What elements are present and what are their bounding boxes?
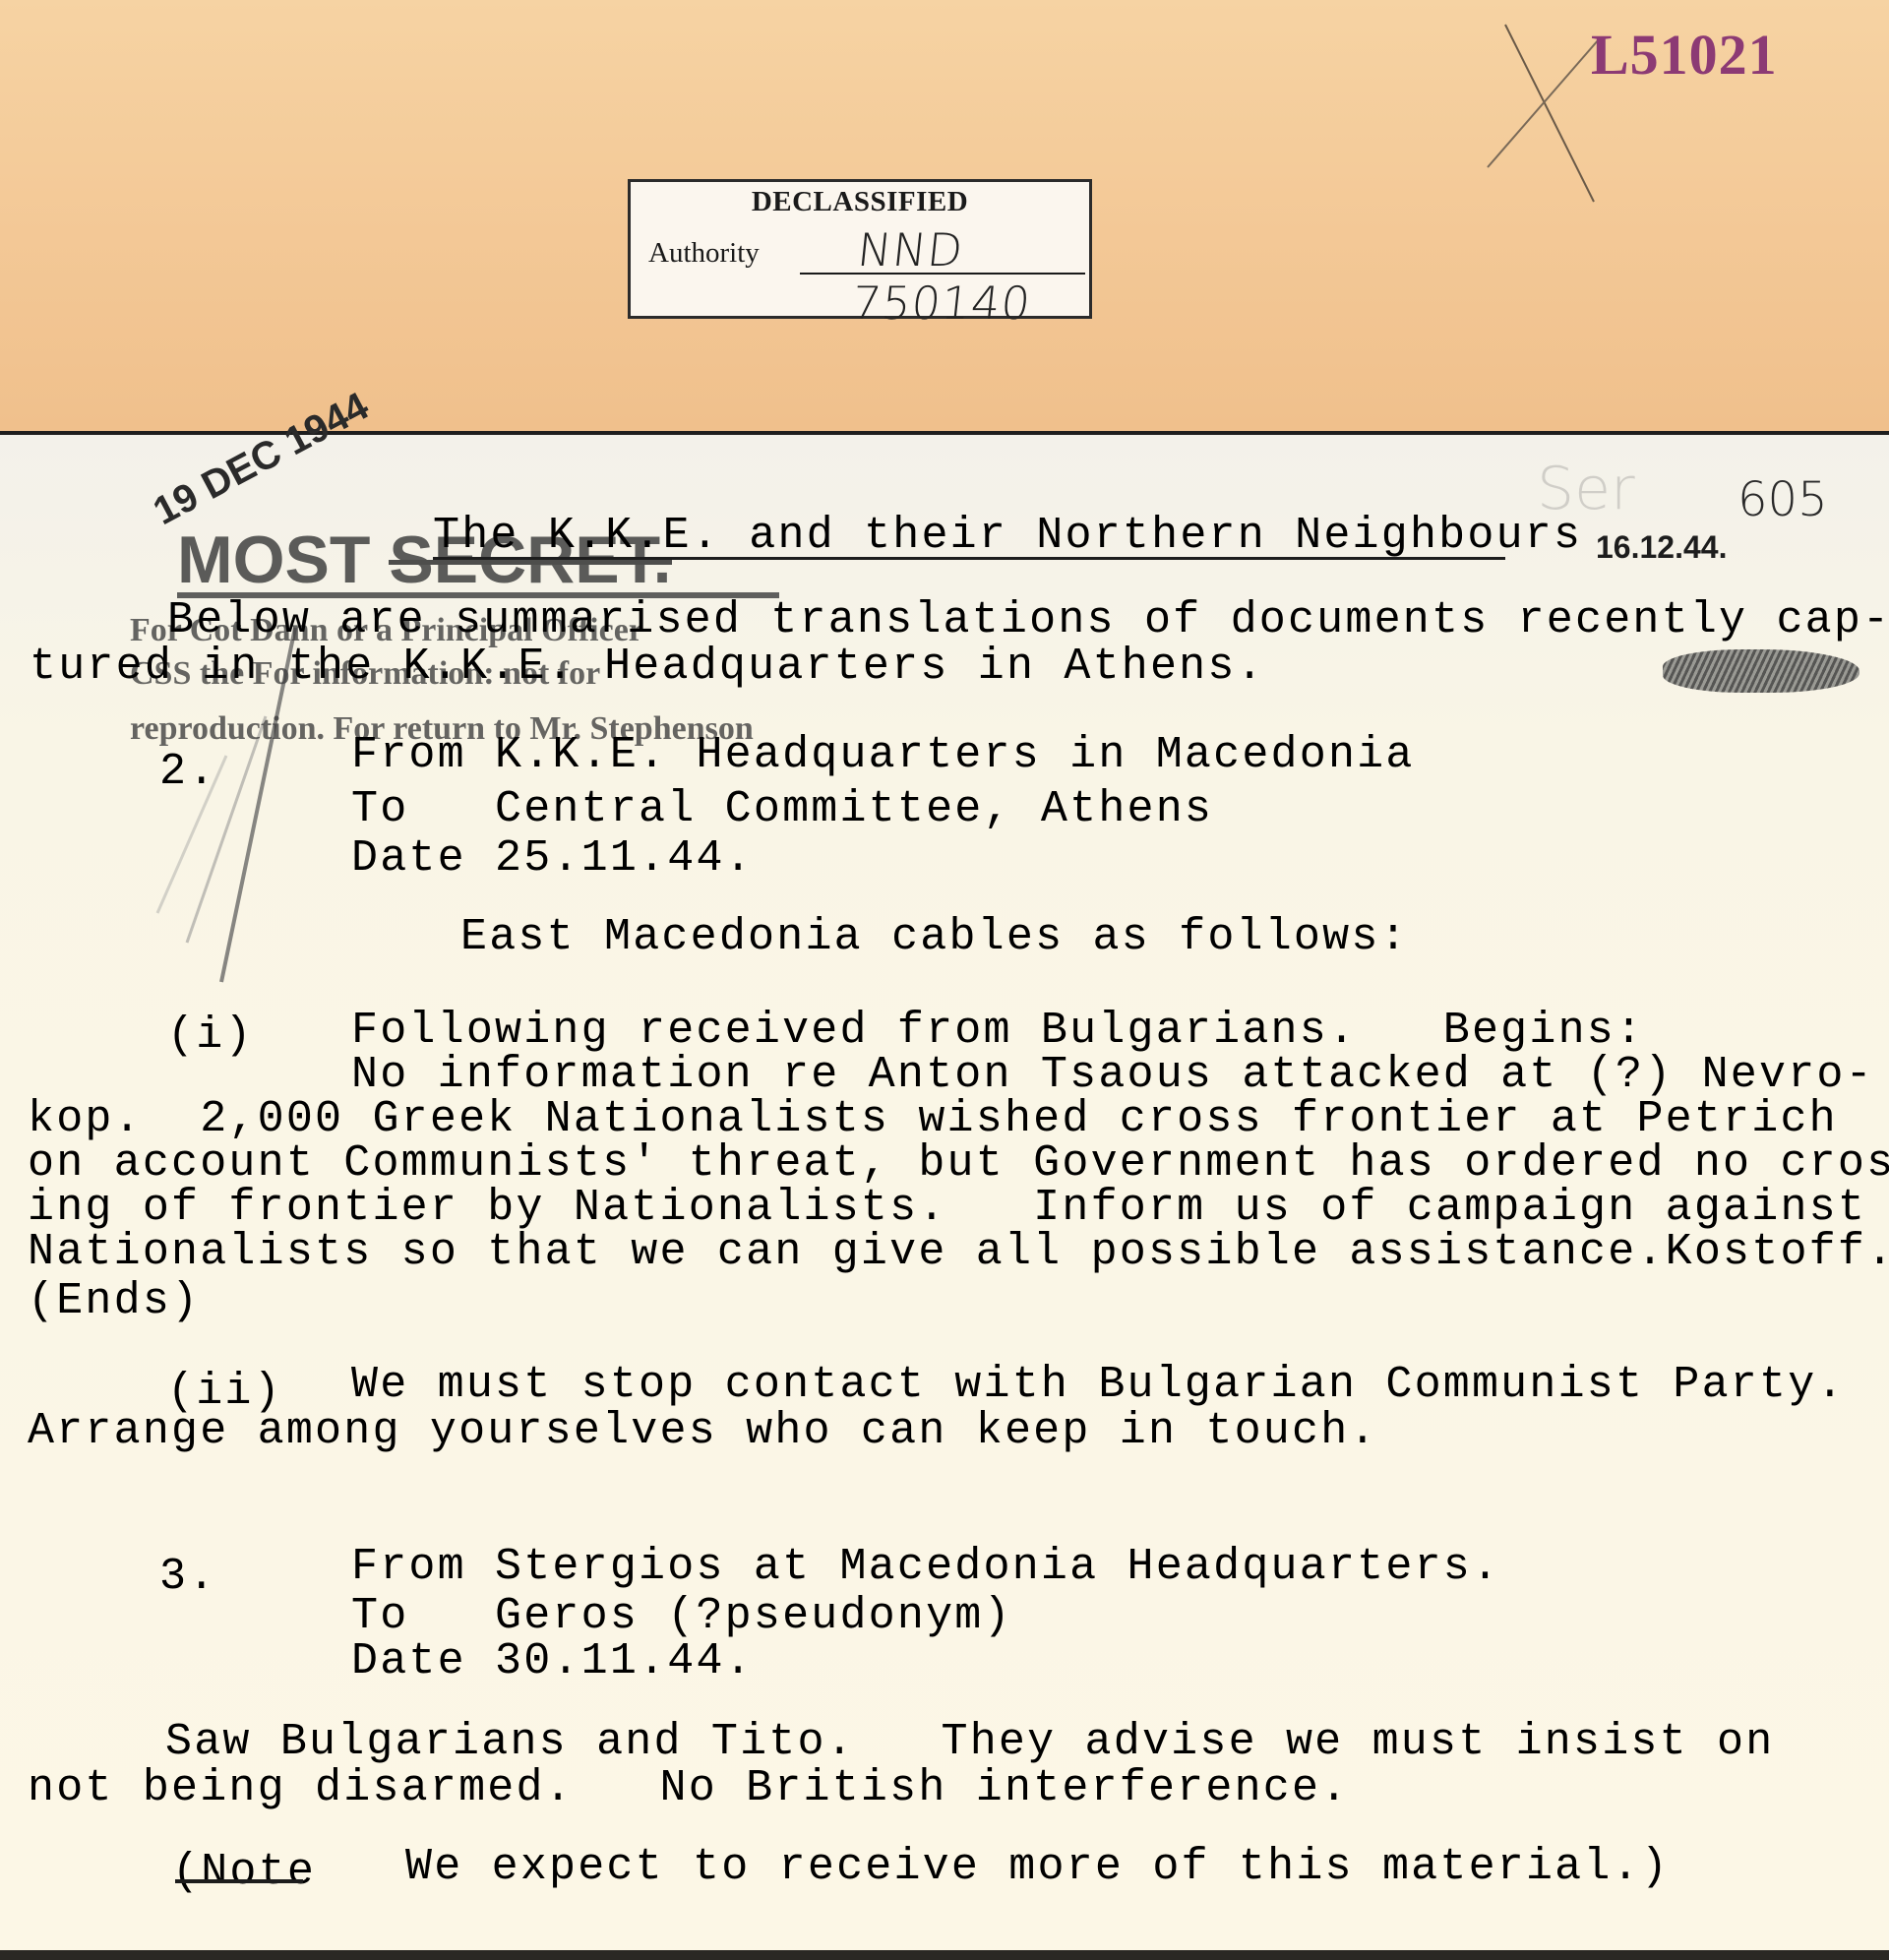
section-3-from: From Stergios at Macedonia Headquarters.	[351, 1545, 1500, 1589]
item-i-line-4: on account Communists' threat, but Gover…	[28, 1141, 1889, 1186]
section-2-date: Date 25.11.44.	[351, 836, 754, 881]
section-3-body-line-1: Saw Bulgarians and Tito. They advise we …	[165, 1720, 1774, 1764]
item-ii-line-2: Arrange among yourselves who can keep in…	[28, 1409, 1378, 1453]
item-i-line-5: ing of frontier by Nationalists. Inform …	[28, 1186, 1866, 1230]
pencil-page-number: 605	[1737, 472, 1828, 527]
document-date: 16.12.44.	[1596, 529, 1727, 566]
intro-line-1: Below are summarised translations of doc…	[167, 598, 1889, 643]
section-3-number: 3.	[159, 1555, 216, 1599]
item-i-line-6: Nationalists so that we can give all pos…	[28, 1230, 1889, 1274]
reference-stamp: L51021	[1591, 22, 1778, 88]
section-2-lead: East Macedonia cables as follows:	[460, 915, 1409, 959]
redaction-scribble	[1663, 649, 1859, 693]
declassified-title: DECLASSIFIED	[631, 186, 1089, 218]
declassified-box: DECLASSIFIED Authority NND 750140	[628, 179, 1092, 319]
item-i-line-1: Following received from Bulgarians. Begi…	[351, 1009, 1644, 1053]
note-underline	[175, 1879, 303, 1883]
authority-value: NND 750140	[849, 223, 1094, 330]
item-i-line-7: (Ends)	[28, 1279, 200, 1323]
note-label: (Note	[172, 1850, 316, 1894]
note-text: We expect to receive more of this materi…	[405, 1845, 1670, 1889]
section-2-from: From K.K.E. Headquarters in Macedonia	[351, 733, 1415, 777]
item-ii-line-1: We must stop contact with Bulgarian Comm…	[351, 1363, 1846, 1407]
item-i-label: (i)	[167, 1013, 254, 1058]
section-2-number: 2.	[159, 750, 216, 794]
section-3-body-line-2: not being disarmed. No British interfere…	[28, 1766, 1349, 1810]
section-2-to: To Central Committee, Athens	[351, 787, 1213, 831]
section-3-date: Date 30.11.44.	[351, 1639, 754, 1684]
item-i-line-3: kop. 2,000 Greek Nationalists wished cro…	[28, 1097, 1838, 1141]
intro-line-2: tured in the K.K.E. Headquarters in Athe…	[30, 644, 1265, 689]
title-underline	[433, 557, 1505, 560]
classification-word-most: MOST	[177, 522, 370, 597]
document-title: The K.K.E. and their Northern Neighbours	[433, 514, 1582, 558]
folder-cover: L51021 DECLASSIFIED Authority NND 750140	[0, 0, 1889, 431]
authority-label: Authority	[648, 237, 760, 270]
section-3-to: To Geros (?pseudonym)	[351, 1594, 1012, 1638]
item-i-line-2: No information re Anton Tsaous attacked …	[351, 1053, 1874, 1097]
